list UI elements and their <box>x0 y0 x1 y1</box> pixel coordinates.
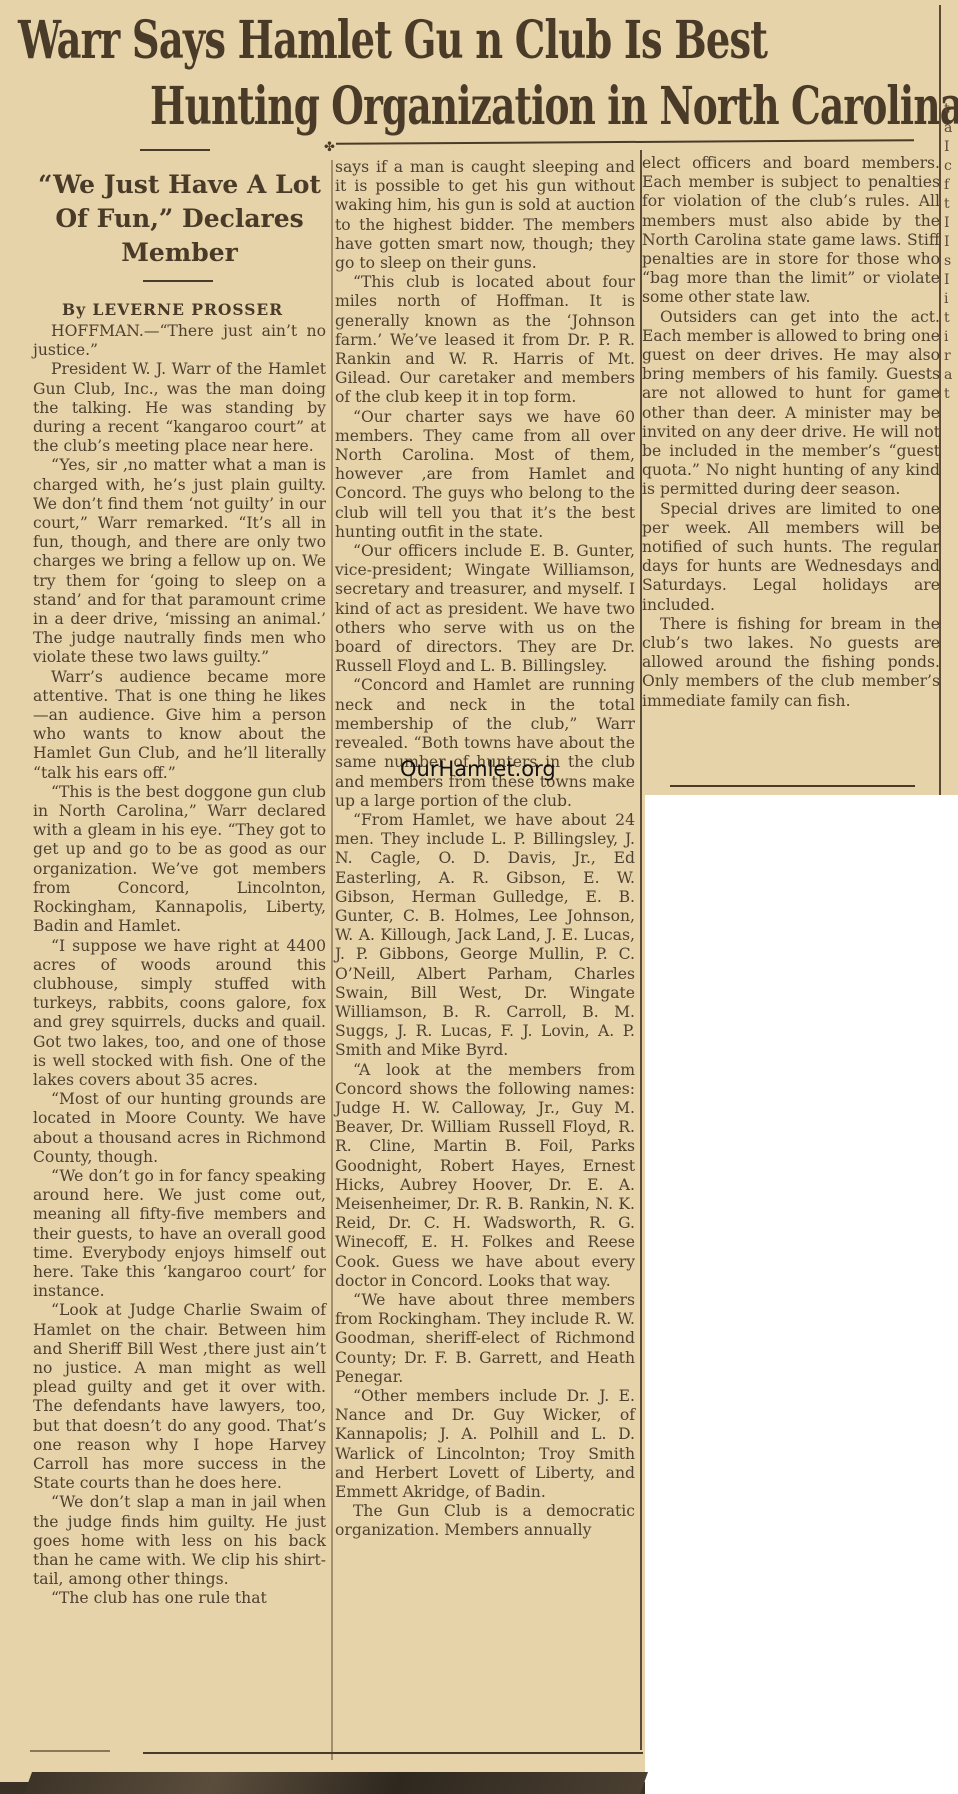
edge-fragment: f <box>944 176 949 195</box>
byline: By LEVERNE PROSSER <box>62 300 332 319</box>
headline-rule-long <box>336 139 914 145</box>
edge-fragment: s <box>944 252 951 271</box>
edge-fragment: t <box>944 195 950 214</box>
paragraph: “Concord and Hamlet are running neck and… <box>335 676 635 810</box>
paragraph: “This is the best doggone gun club in No… <box>33 783 326 937</box>
bottom-edge-shadow <box>24 1772 648 1794</box>
edge-fragment: I <box>944 271 950 290</box>
paragraph: The Gun Club is a democratic organizatio… <box>335 1502 635 1540</box>
paragraph: elect officers and board members. Each m… <box>642 154 940 308</box>
headline-line-2: Hunting Organization in North Carolina <box>150 76 958 137</box>
edge-fragment: I <box>944 233 950 252</box>
paragraph: Special drives are limited to one per we… <box>642 500 940 615</box>
paragraph: “Most of our hunting grounds are located… <box>33 1090 326 1167</box>
column-divider-1 <box>331 160 333 1760</box>
paragraph: There is fishing for bream in the club’s… <box>642 615 940 711</box>
edge-fragment: t <box>944 309 950 328</box>
paragraph: “Our charter says we have 60 members. Th… <box>335 408 635 542</box>
watermark: OurHamlet.org <box>400 757 556 781</box>
paragraph: “Our officers include E. B. Gunter, vice… <box>335 542 635 676</box>
edge-fragment: a <box>944 119 952 138</box>
headline-rule-short <box>140 149 210 151</box>
paragraph: “A look at the members from Concord show… <box>335 1061 635 1291</box>
paragraph: “I suppose we have right at 4400 acres o… <box>33 937 326 1091</box>
paragraph: says if a man is caught sleeping and it … <box>335 158 635 273</box>
paragraph: HOFFMAN.—“There just ain’t no justice.” <box>33 322 326 360</box>
subheadline: “We Just Have A Lot Of Fun,” Declares Me… <box>32 168 327 270</box>
article-column-3: elect officers and board members. Each m… <box>642 154 940 711</box>
edge-fragment: i <box>944 328 948 347</box>
paragraph: “Look at Judge Charlie Swaim of Hamlet o… <box>33 1301 326 1493</box>
edge-fragment: t <box>944 385 950 404</box>
paragraph: Warr’s audience became more attentive. T… <box>33 668 326 783</box>
edge-fragment: I <box>944 214 950 233</box>
subhead-rule <box>143 280 213 282</box>
paragraph: “We have about three members from Rockin… <box>335 1291 635 1387</box>
edge-fragment: r <box>944 347 951 366</box>
edge-fragment: I <box>944 138 950 157</box>
paragraph: “Yes, sir ,no matter what a man is charg… <box>33 456 326 667</box>
paragraph: “We don’t go in for fancy speaking aroun… <box>33 1167 326 1301</box>
article-column-2: says if a man is caught sleeping and it … <box>335 158 635 1541</box>
bottom-rule <box>30 1750 110 1752</box>
headline-line-1: Warr Says Hamlet Gu n Club Is Best <box>18 10 767 71</box>
paragraph: “This club is located about four miles n… <box>335 273 635 407</box>
paragraph: “From Hamlet, we have about 24 men. They… <box>335 811 635 1061</box>
edge-fragment: c <box>944 157 952 176</box>
article-column-1: HOFFMAN.—“There just ain’t no justice.” … <box>33 322 326 1609</box>
blank-area <box>645 795 958 1794</box>
ornament-icon: ✤ <box>324 140 335 155</box>
paragraph: President W. J. Warr of the Hamlet Gun C… <box>33 360 326 456</box>
paragraph: “We don’t slap a man in jail when the ju… <box>33 1493 326 1589</box>
edge-fragment: i <box>944 290 948 309</box>
edge-fragment: a <box>944 366 952 385</box>
edge-fragment: t <box>944 100 950 119</box>
paragraph: “The club has one rule that <box>33 1589 326 1608</box>
end-rule <box>670 785 915 787</box>
bottom-rule-2 <box>143 1752 643 1754</box>
paragraph: Outsiders can get into the act. Each mem… <box>642 308 940 500</box>
paragraph: “Other members include Dr. J. E. Nance a… <box>335 1387 635 1502</box>
